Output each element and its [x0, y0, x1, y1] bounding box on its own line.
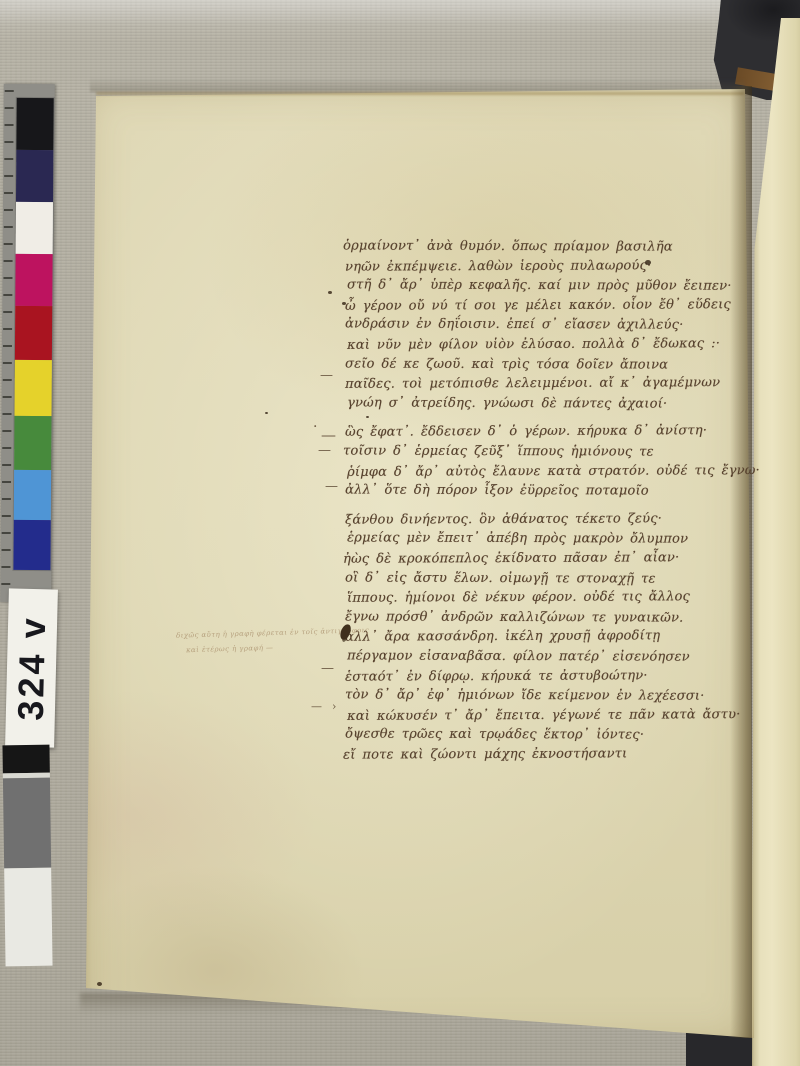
color-patch-black	[16, 98, 53, 150]
grayscale-patch-white	[4, 868, 52, 967]
color-patch-red	[15, 306, 52, 360]
color-patch-green	[14, 416, 51, 470]
ink-speck	[366, 416, 369, 418]
grayscale-patch-black	[2, 745, 49, 774]
manuscript-photograph: ὁρμαίνοντ᾽ ἀνὰ θυμόν. ὅπως πρίαμον βασιλ…	[0, 0, 800, 1066]
grayscale-patch-mid-grey	[3, 778, 51, 869]
ink-speck	[265, 412, 268, 414]
color-patch-light-blue	[14, 470, 51, 520]
color-calibration-bar	[0, 84, 55, 602]
ink-speck	[328, 291, 332, 294]
color-patch-yellow	[14, 360, 51, 416]
color-patch-column	[13, 98, 53, 570]
folio-label: 324 v	[5, 588, 58, 747]
folio-number: 324 v	[9, 615, 54, 721]
ink-speck	[97, 982, 102, 986]
color-patch-magenta	[15, 254, 52, 306]
color-patch-navy	[13, 520, 50, 570]
grayscale-bar	[2, 745, 52, 967]
ink-speck	[342, 302, 346, 305]
ruler-ticks	[1, 90, 14, 593]
ink-speck	[645, 260, 651, 265]
ink-specks	[0, 0, 800, 1066]
color-patch-indigo	[16, 150, 53, 202]
color-patch-white	[16, 202, 53, 254]
